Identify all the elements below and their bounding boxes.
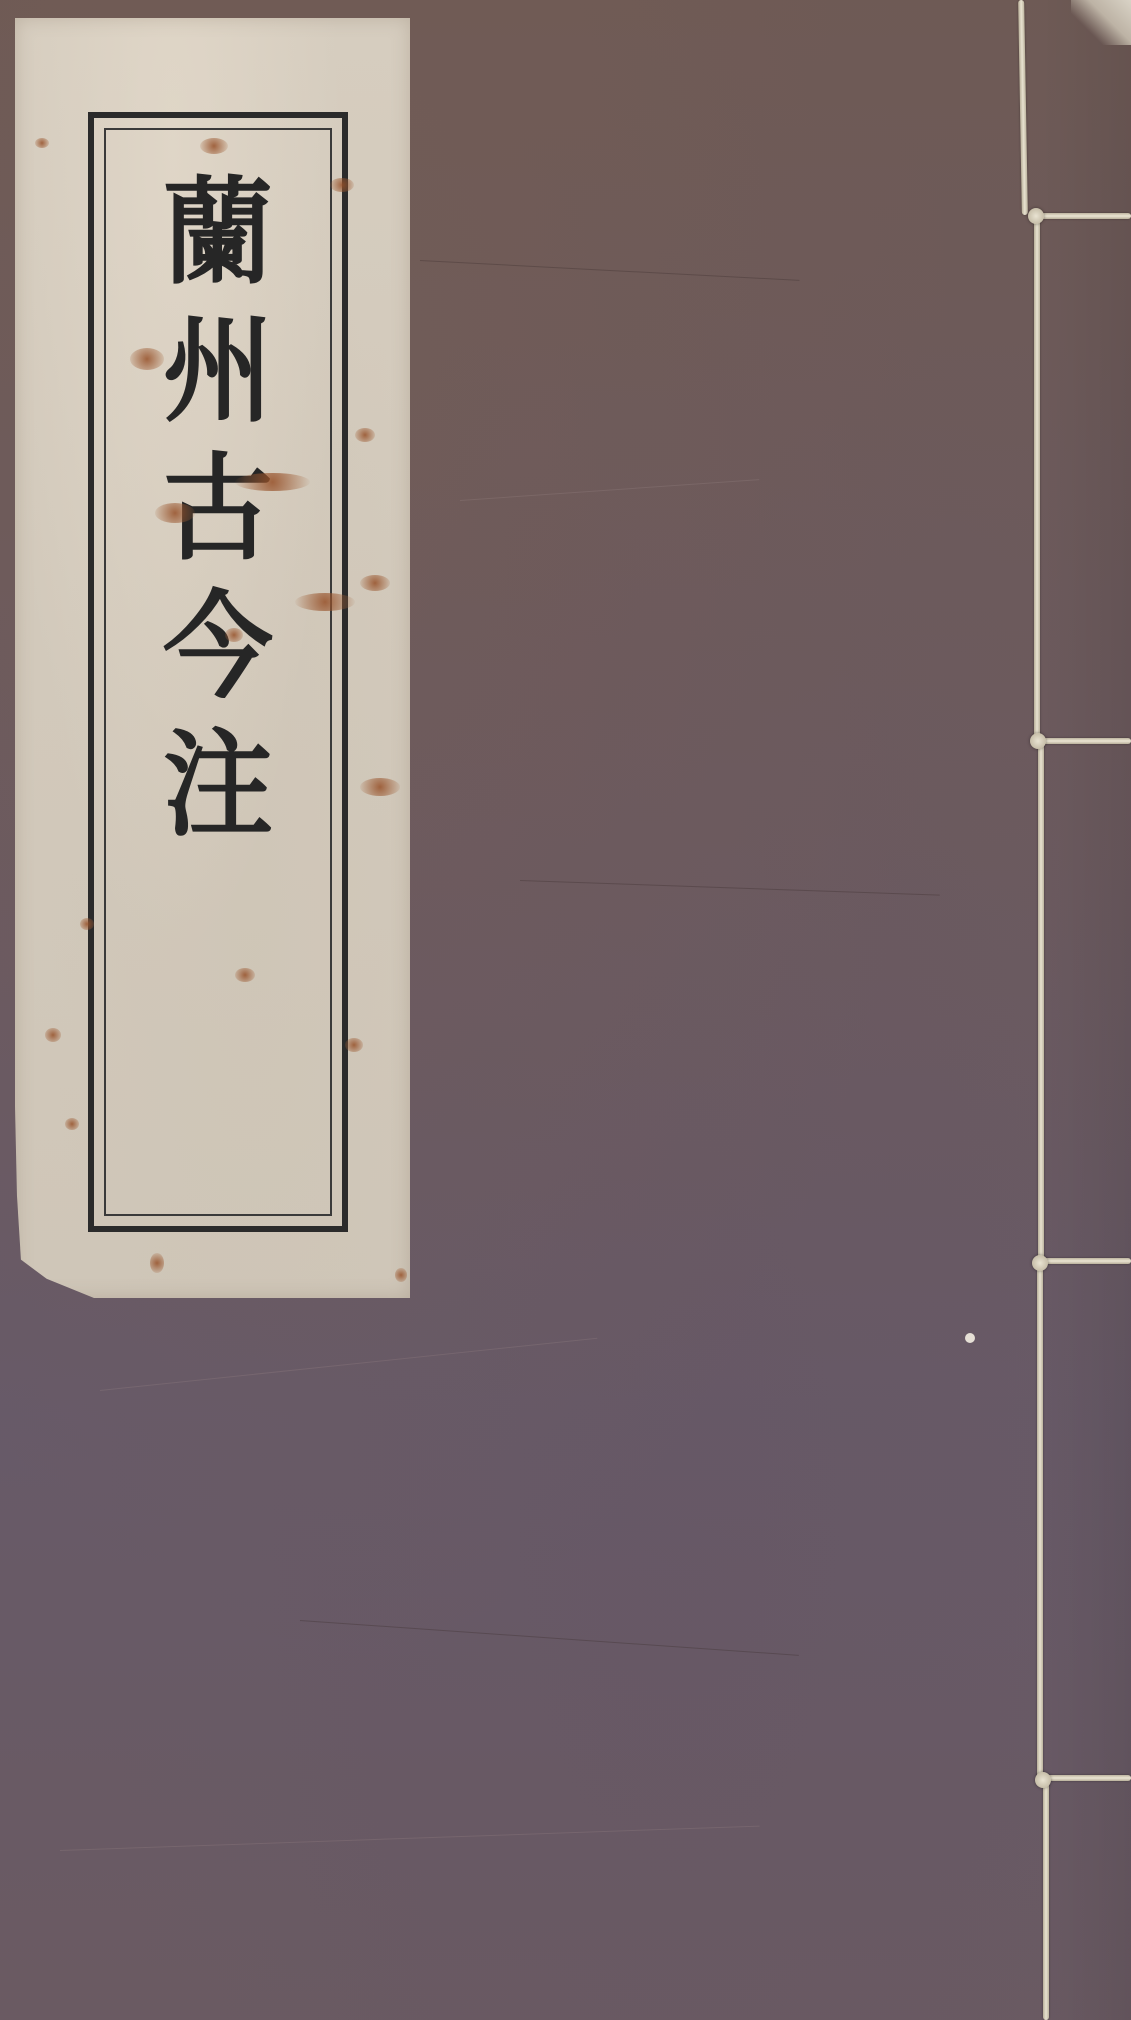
title-label: 蘭 州 古 今 注 (15, 18, 410, 1298)
foxing-stain (355, 428, 375, 442)
thread-knot (1028, 208, 1044, 224)
book-cover: 蘭 州 古 今 注 (0, 0, 1131, 2020)
foxing-stain (295, 593, 355, 611)
foxing-stain (225, 628, 243, 642)
title-char: 注 (163, 727, 273, 853)
foxing-stain (330, 178, 354, 192)
thread-knot (1035, 1772, 1051, 1788)
binding-thread (1034, 213, 1131, 219)
thread-knot (1030, 733, 1046, 749)
binding-thread (1040, 1258, 1131, 1264)
binding-thread (1043, 1778, 1049, 2020)
cover-crease (100, 1338, 597, 1391)
foxing-stain (360, 778, 400, 796)
cover-crease (300, 1620, 799, 1656)
binding-thread (1045, 1775, 1131, 1781)
foxing-stain (45, 1028, 61, 1042)
foxing-stain (360, 575, 390, 591)
title-char: 蘭 (163, 175, 273, 301)
cover-crease (460, 479, 759, 501)
foxing-stain (150, 1253, 164, 1273)
wormhole (965, 1333, 975, 1343)
binding-thread (1040, 738, 1131, 744)
corner-wear (1071, 0, 1131, 45)
binding-thread (1018, 0, 1028, 215)
title-char: 州 (163, 313, 273, 439)
foxing-stain (130, 348, 164, 370)
foxing-stain (35, 138, 49, 148)
book-title: 蘭 州 古 今 注 (94, 178, 342, 868)
foxing-stain (345, 1038, 363, 1052)
binding-thread (1038, 740, 1044, 1262)
cover-crease (60, 1826, 760, 1851)
thread-knot (1032, 1255, 1048, 1271)
foxing-stain (65, 1118, 79, 1130)
title-frame: 蘭 州 古 今 注 (88, 112, 348, 1232)
foxing-stain (155, 503, 195, 523)
spine-edge (1041, 0, 1131, 2020)
foxing-stain (235, 968, 255, 982)
foxing-stain (200, 138, 228, 154)
cover-crease (420, 260, 800, 281)
binding-thread (1037, 1262, 1043, 1778)
foxing-stain (80, 918, 94, 930)
foxing-stain (395, 1268, 407, 1282)
binding-thread (1034, 215, 1040, 740)
foxing-stain (235, 473, 310, 491)
title-char: 今 (163, 589, 273, 715)
cover-crease (520, 880, 940, 896)
